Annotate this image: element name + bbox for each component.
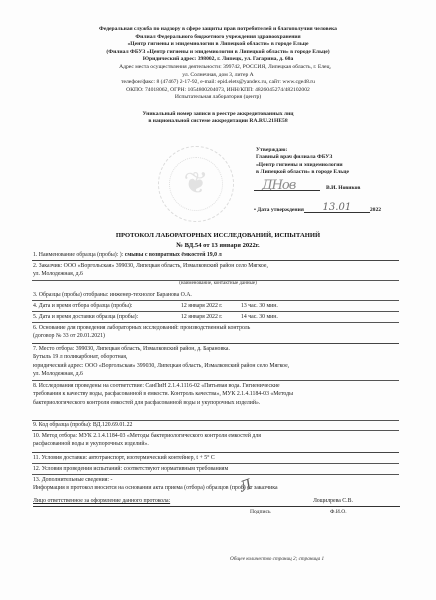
divider <box>32 260 399 261</box>
item-6-line: 6. Основание для проведения лабораторных… <box>33 324 399 332</box>
approval-date-handwritten: 13.01 <box>304 203 370 213</box>
item-7-line: Бутыль 19 л поликарбонат, оборотная, <box>33 353 399 361</box>
document-page: Федеральная служба по надзору в сфере за… <box>0 0 436 600</box>
divider <box>32 343 399 344</box>
item-4: 4. Дата и время отбора образца (пробы):1… <box>33 302 399 310</box>
item-9-text: 9. Код образца (пробы): ВД.120.69.01.22 <box>33 421 399 429</box>
accreditation-block: Уникальный номер записи в реестре аккред… <box>0 111 436 126</box>
header-line: телефон/факс: 8 (47467) 2-17-92, e-mail:… <box>0 79 436 87</box>
approval-block: Утверждаю: Главный врач филиала ФБУЗ «Це… <box>256 147 349 177</box>
approver-name: В.И. Новиков <box>326 185 360 191</box>
item-8: 8. Исследования проведены на соответстви… <box>33 382 399 407</box>
protocol-title: ПРОТОКОЛ ЛАБОРАТОРНЫХ ИССЛЕДОВАНИЙ, ИСПЫ… <box>0 232 436 239</box>
item-7-line: ул. Молодежная, д.6 <box>33 370 399 378</box>
divider <box>32 311 399 312</box>
divider <box>32 430 399 431</box>
approval-date-year: 2022 <box>370 207 381 213</box>
item-8-line: бактериологического контроля емкостей дл… <box>33 399 399 407</box>
approval-position: Главный врач филиала ФБУЗ <box>256 154 349 161</box>
item-13: 13. Дополнительные сведения: - Информаци… <box>33 476 399 493</box>
item-4-time: 13 час. 30 мин. <box>241 303 278 309</box>
item-2-line: ул. Молодежная, д.6 <box>33 270 399 278</box>
protocol-number: № ВД.54 от 13 января 2022г. <box>0 242 436 249</box>
approval-position: в Липецкой области» в городе Ельце <box>256 169 349 176</box>
item-12-text: 12. Условия проведения испытаний: соотве… <box>33 465 399 473</box>
item-2-caption: (наименование, контактные данные) <box>0 281 436 286</box>
header-line: Федеральная служба по надзору в сфере за… <box>0 26 436 34</box>
item-1-value: смывы с возвратных ёмкостей 19,0 л <box>125 252 222 258</box>
emblem-stamp-icon: ❦ <box>158 146 234 222</box>
signature-line <box>254 190 320 191</box>
item-5-time: 14 час. 30 мин. <box>241 314 278 320</box>
header-line: Юридический адрес: 398002, г. Липецк, ул… <box>0 56 436 64</box>
caption-name: Ф.И.О. <box>330 509 347 515</box>
divider <box>32 380 399 381</box>
item-3: 3. Образцы (пробы) отобраны: инженер-тех… <box>33 291 399 299</box>
item-1-label: 1. Наименование образца (пробы): ): <box>33 252 125 258</box>
accreditation-line: в национальной системе аккредитации RA.R… <box>0 118 436 125</box>
item-6-line: (договор № 33 от 20.01.2021) <box>33 332 399 340</box>
item-4-label: 4. Дата и время отбора образца (пробы): <box>33 302 181 310</box>
divider <box>32 474 399 475</box>
item-11-text: 11. Условия доставки: автотранспорт, изо… <box>33 454 399 462</box>
divider <box>32 322 399 323</box>
item-2: 2. Заказчик: ООО «Воргольская» 399030, Л… <box>33 262 399 279</box>
item-7: 7. Место отбора: 399030, Липецкая област… <box>33 345 399 379</box>
header-line: «Центр гигиены и эпидемиологии в Липецко… <box>0 41 436 49</box>
header-line: Адрес места осуществления деятельности: … <box>0 64 436 72</box>
item-6: 6. Основание для проведения лабораторных… <box>33 324 399 341</box>
info-note: Информация в протокол вносится на основа… <box>33 484 399 492</box>
item-11: 11. Условия доставки: автотранспорт, изо… <box>33 454 399 462</box>
eagle-emblem-icon: ❦ <box>179 165 213 203</box>
item-5: 5. Дата и время доставки образца (пробы)… <box>33 313 399 321</box>
item-2-line: 2. Заказчик: ООО «Воргольская» 399030, Л… <box>33 262 399 270</box>
responsible-underline <box>33 506 400 507</box>
item-12: 12. Условия проведения испытаний: соотве… <box>33 465 399 473</box>
lab-name: Испытательная лаборатория (центр) <box>0 94 436 102</box>
organization-header: Федеральная служба по надзору в сфере за… <box>0 26 436 102</box>
item-3-text: 3. Образцы (пробы) отобраны: инженер-тех… <box>33 291 399 299</box>
item-9: 9. Код образца (пробы): ВД.120.69.01.22 <box>33 421 399 429</box>
item-4-date: 12 января 2022 г. <box>181 302 241 310</box>
page-count: Общее количество страниц 2; страница 1 <box>230 556 324 562</box>
item-10: 10. Метод отбора: МУК 2.1.4.1184-03 «Мет… <box>33 432 399 449</box>
responsible-row: Лицо ответственное за оформление данного… <box>33 498 399 504</box>
item-7-line: юридический адрес: ООО «Воргольская» 399… <box>33 362 399 370</box>
divider <box>32 452 399 453</box>
item-8-line: требования к качеству воды, расфасованно… <box>33 390 399 398</box>
responsible-label: Лицо ответственное за оформление данного… <box>33 498 170 504</box>
approval-date-label: Дата утверждения <box>257 207 304 213</box>
item-13-text: 13. Дополнительные сведения: - <box>33 476 399 484</box>
item-10-line: 10. Метод отбора: МУК 2.1.4.1184-03 «Мет… <box>33 432 399 440</box>
divider <box>32 300 399 301</box>
responsible-name: Лощилрева С.В. <box>313 498 353 504</box>
item-5-date: 12 января 2022 г. <box>181 313 241 321</box>
item-7-line: 7. Место отбора: 399030, Липецкая област… <box>33 345 399 353</box>
item-10-line: расфасованной воды и укупорочных изделий… <box>33 440 399 448</box>
caption-signature: Подпись <box>250 509 271 515</box>
item-5-label: 5. Дата и время доставки образца (пробы)… <box>33 313 181 321</box>
item-1: 1. Наименование образца (пробы): ): смыв… <box>33 251 399 259</box>
item-8-line: 8. Исследования проведены на соответстви… <box>33 382 399 390</box>
approval-date-row: • Дата утверждения13.012022 <box>254 203 381 213</box>
divider <box>32 463 399 464</box>
